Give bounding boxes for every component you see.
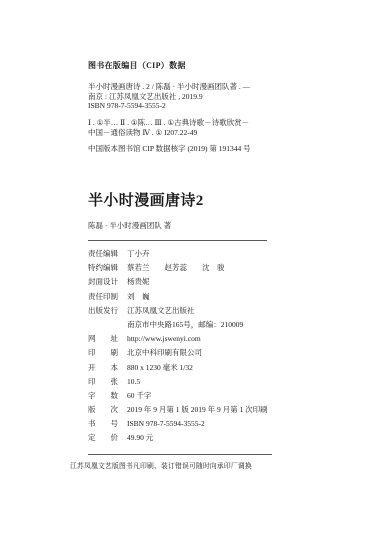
info-value: 10.5 — [127, 377, 140, 386]
publication-info-row: 版次 2019 年 9 月第 1 版 2019 年 9 月第 1 次印刷 — [88, 404, 328, 418]
cip-record-number: 中国版本图书馆 CIP 数据核字 (2019) 第 191344 号 — [88, 143, 251, 154]
info-label: 印刷 — [88, 347, 118, 358]
publication-info-row: 开本 880 x 1230 毫米 1/32 — [88, 362, 328, 376]
info-value: 南京市中央路165号，邮编：210009 — [127, 319, 243, 330]
cip-description: 半小时漫画唐诗 . 2 / 陈磊 · 半小时漫画团队著 . — 南京 : 江苏凤… — [88, 82, 250, 111]
info-value: http://www.jswenyi.com — [127, 334, 201, 343]
printing-error-note: 江苏凤凰文艺版图书凡印刷、装订错误可随时向承印厂调换 — [70, 460, 252, 470]
info-label: 字数 — [88, 390, 118, 401]
cip-line-1: 半小时漫画唐诗 . 2 / 陈磊 · 半小时漫画团队著 . — — [88, 82, 250, 92]
cip-line-2: 南京 : 江苏凤凰文艺出版社 , 2019.9 — [88, 92, 250, 102]
cip-classification-line-2: 中国－通俗读物 Ⅳ . ① I207.22-49 — [88, 128, 249, 138]
publication-info-row: 印刷 北京中科印刷有限公司 — [88, 347, 328, 361]
info-value: 杨贵妮 — [127, 276, 150, 287]
info-label: 开本 — [88, 362, 118, 373]
publication-info: 责任编辑 丁小卉 特约编辑 蔡若兰 赵芳蕊 沈 骏 封面设计 杨贵妮 责任印制 … — [88, 248, 328, 447]
publication-info-row: 责任编辑 丁小卉 — [88, 248, 328, 262]
info-label: 书号 — [88, 418, 118, 429]
cip-line-3: ISBN 978-7-5594-3555-2 — [88, 101, 250, 111]
publication-info-row: 印张 10.5 — [88, 376, 328, 390]
publication-info-row: 字数 60 千字 — [88, 390, 328, 404]
info-label: 定价 — [88, 432, 118, 443]
info-value: 880 x 1230 毫米 1/32 — [127, 362, 193, 373]
info-label: 封面设计 — [88, 276, 118, 287]
info-label: 责任编辑 — [88, 248, 118, 259]
info-value: 北京中科印刷有限公司 — [127, 347, 202, 358]
info-label: 版次 — [88, 404, 118, 415]
publication-info-row: 责任印制 刘 巍 — [88, 291, 328, 305]
publication-info-row: 南京市中央路165号，邮编：210009 — [88, 319, 328, 333]
info-label: 特约编辑 — [88, 262, 118, 273]
info-value: 蔡若兰 赵芳蕊 沈 骏 — [127, 262, 225, 273]
info-label: 出版发行 — [88, 305, 118, 316]
cip-classification: Ⅰ . ①半… Ⅱ . ①陈… Ⅲ . ①古典诗歌－诗歌欣赏－ 中国－通俗读物 … — [88, 118, 249, 137]
info-value: 49.90 元 — [127, 432, 153, 443]
cip-header: 图书在版编目（CIP）数据 — [88, 60, 186, 71]
info-value: 2019 年 9 月第 1 版 2019 年 9 月第 1 次印刷 — [127, 404, 268, 415]
publication-info-row: 出版发行 江苏凤凰文艺出版社 — [88, 305, 328, 319]
publication-info-row: 定价 49.90 元 — [88, 432, 328, 446]
divider-bottom — [88, 454, 272, 455]
publication-info-row: 书号 ISBN 978-7-5594-3555-2 — [88, 418, 328, 432]
book-author: 陈磊 · 半小时漫画团队 著 — [88, 220, 171, 231]
info-label: 责任印制 — [88, 291, 118, 302]
info-label: 印张 — [88, 376, 118, 387]
info-value: 60 千字 — [127, 390, 151, 401]
info-value: 刘 巍 — [127, 291, 150, 302]
copyright-page: 图书在版编目（CIP）数据 半小时漫画唐诗 . 2 / 陈磊 · 半小时漫画团队… — [0, 0, 375, 536]
divider-top — [88, 240, 267, 241]
publication-info-row: 网址 http://www.jswenyi.com — [88, 333, 328, 347]
info-value: 江苏凤凰文艺出版社 — [127, 305, 195, 316]
publication-info-row: 封面设计 杨贵妮 — [88, 276, 328, 290]
info-value: 丁小卉 — [127, 248, 150, 259]
book-title: 半小时漫画唐诗2 — [88, 189, 204, 210]
cip-classification-line-1: Ⅰ . ①半… Ⅱ . ①陈… Ⅲ . ①古典诗歌－诗歌欣赏－ — [88, 118, 249, 128]
publication-info-row: 特约编辑 蔡若兰 赵芳蕊 沈 骏 — [88, 262, 328, 276]
info-label: 网址 — [88, 333, 118, 344]
info-value: ISBN 978-7-5594-3555-2 — [127, 419, 205, 428]
